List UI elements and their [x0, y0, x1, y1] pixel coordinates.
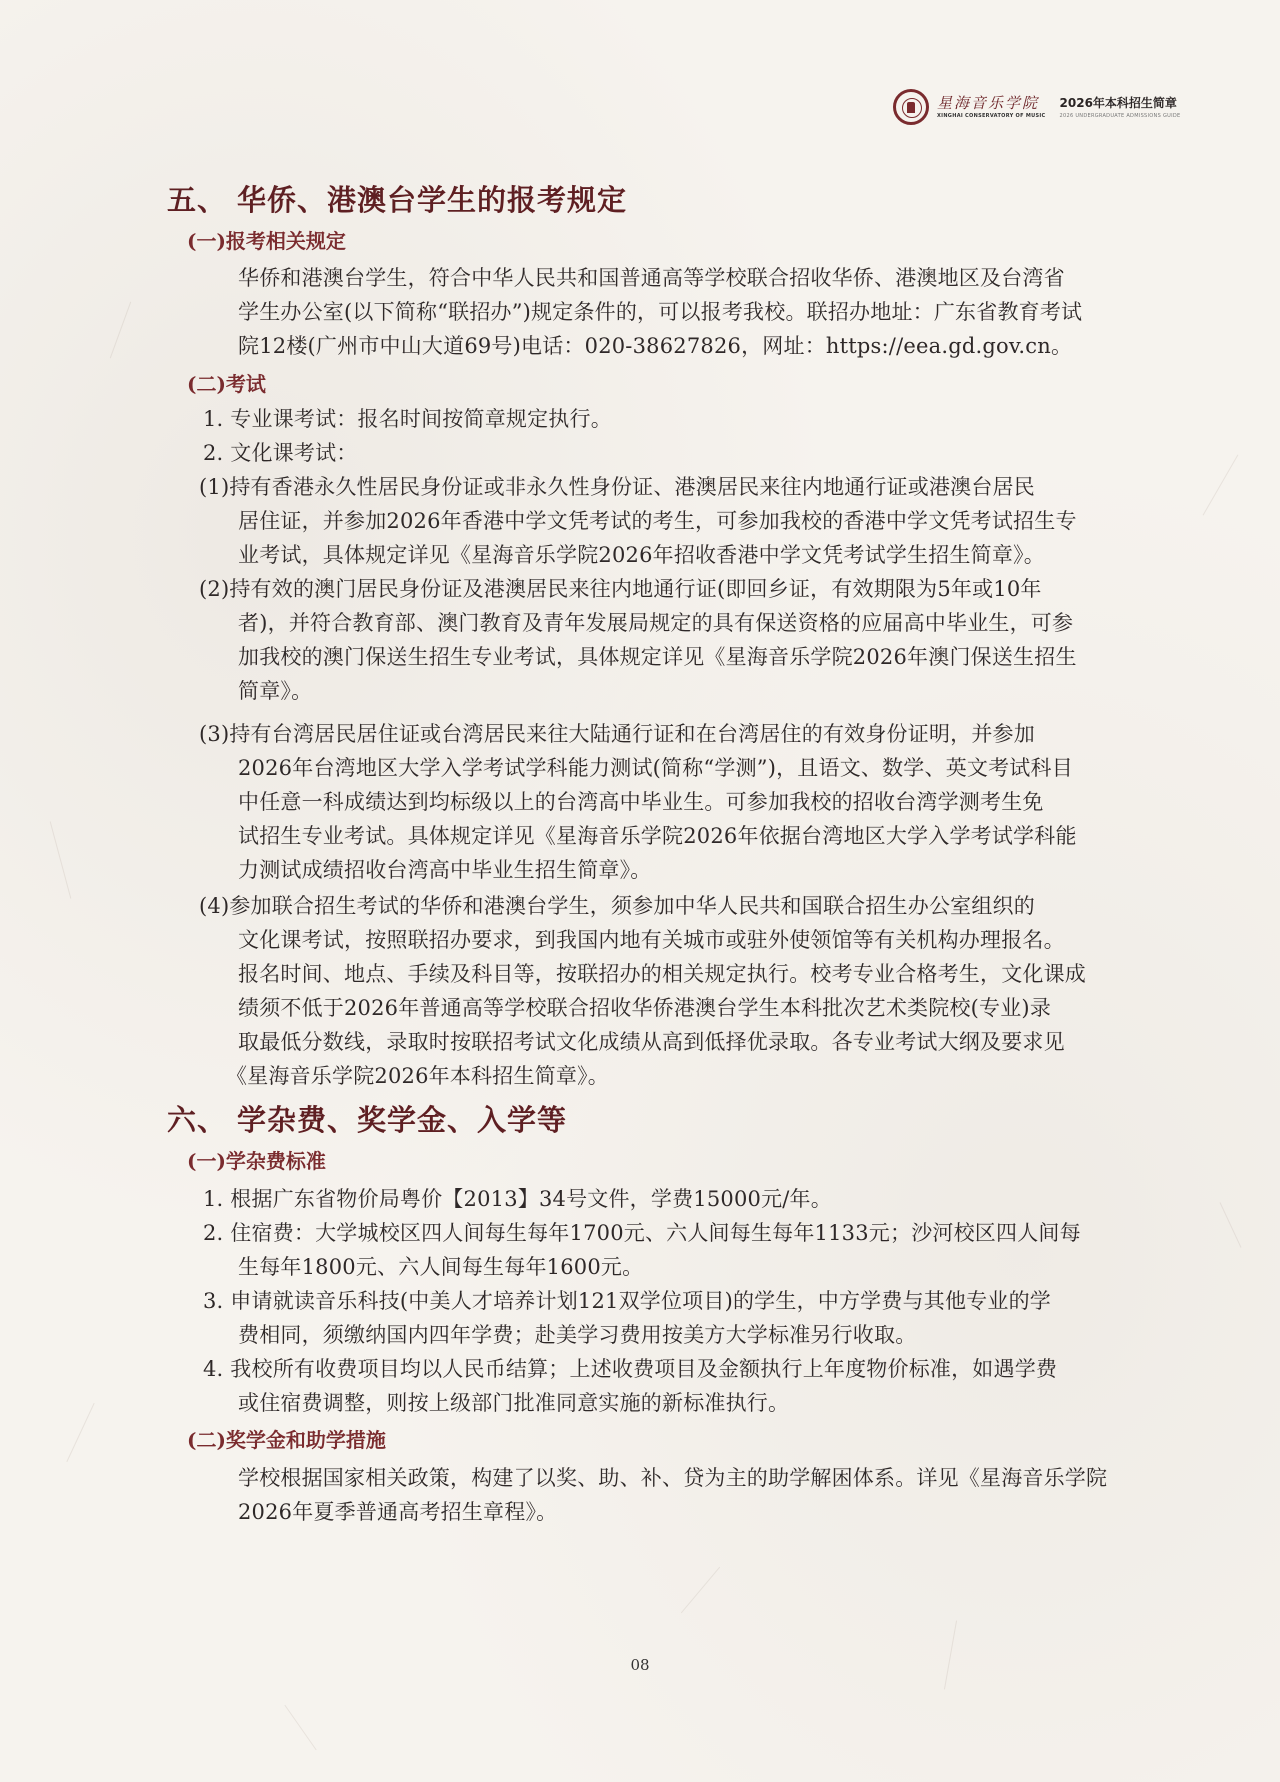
page-number: 08 — [0, 1656, 1280, 1674]
subsection-heading: (一)报考相关规定 — [187, 225, 346, 254]
list-item: 2. 住宿费：大学城校区四人间每生每年1700元、六人间每生每年1133元；沙河… — [203, 1217, 1081, 1247]
list-item: 3. 申请就读音乐科技(中美人才培养计划121双学位项目)的学生，中方学费与其他… — [203, 1285, 1051, 1315]
list-item-cont: 2026年台湾地区大学入学考试学科能力测试(简称“学测”)，且语文、数学、英文考… — [238, 752, 1073, 782]
list-item-cont: 力测试成绩招收台湾高中毕业生招生简章》。 — [238, 854, 652, 884]
paragraph-line: 学校根据国家相关政策，构建了以奖、助、补、贷为主的助学解困体系。详见《星海音乐学… — [238, 1462, 1107, 1492]
school-emblem-icon — [893, 89, 929, 125]
section-number: 六、 — [167, 1098, 237, 1139]
guide-title-cn: 2026年本科招生简章 — [1060, 94, 1181, 112]
list-item: (2)持有效的澳门居民身份证及港澳居民来往内地通行证(即回乡证，有效期限为5年或… — [199, 573, 1042, 603]
paragraph-line: 华侨和港澳台学生，符合中华人民共和国普通高等学校联合招收华侨、港澳地区及台湾省 — [238, 262, 1065, 292]
list-item: 2. 文化课考试： — [203, 437, 358, 467]
list-item-cont: 居住证，并参加2026年香港中学文凭考试的考生，可参加我校的香港中学文凭考试招生… — [238, 505, 1077, 535]
list-item-cont: 试招生专业考试。具体规定详见《星海音乐学院2026年依据台湾地区大学入学考试学科… — [238, 820, 1077, 850]
list-item-cont: 或住宿费调整，则按上级部门批准同意实施的新标准执行。 — [238, 1387, 789, 1417]
list-item-cont: 文化课考试，按照联招办要求，到我国内地有关城市或驻外使领馆等有关机构办理报名。 — [238, 924, 1065, 954]
section-number: 五、 — [167, 178, 237, 219]
list-item-cont: 业考试，具体规定详见《星海音乐学院2026年招收香港中学文凭考试学生招生简章》。 — [238, 539, 1045, 569]
subsection-heading: (一)学杂费标准 — [187, 1145, 326, 1174]
list-item-cont: 者)，并符合教育部、澳门教育及青年发展局规定的具有保送资格的应届高中毕业生，可参 — [238, 607, 1073, 637]
school-name-cn: 星海音乐学院 — [937, 94, 1046, 112]
list-item: (1)持有香港永久性居民身份证或非永久性身份证、港澳居民来往内地通行证或港澳台居… — [199, 471, 1035, 501]
subsection-heading: (二)考试 — [187, 368, 266, 397]
list-item-cont: 简章》。 — [238, 675, 312, 705]
school-name-en: XINGHAI CONSERVATORY OF MUSIC — [937, 112, 1046, 120]
list-item-cont: 绩须不低于2026年普通高等学校联合招收华侨港澳台学生本科批次艺术类院校(专业)… — [238, 992, 1051, 1022]
guide-title-en: 2026 UNDERGRADUATE ADMISSIONS GUIDE — [1060, 112, 1181, 120]
list-item: (4)参加联合招生考试的华侨和港澳台学生，须参加中华人民共和国联合招生办公室组织… — [199, 890, 1035, 920]
section-title: 华侨、港澳台学生的报考规定 — [237, 183, 627, 217]
list-item-cont: 报名时间、地点、手续及科目等，按联招办的相关规定执行。校考专业合格考生，文化课成 — [238, 958, 1086, 988]
school-logo: 星海音乐学院 XINGHAI CONSERVATORY OF MUSIC — [937, 94, 1046, 120]
paragraph-line: 2026年夏季普通高考招生章程》。 — [238, 1496, 557, 1526]
list-item-cont: 《星海音乐学院2026年本科招生简章》。 — [226, 1060, 609, 1090]
list-item: 1. 专业课考试：报名时间按简章规定执行。 — [203, 403, 612, 433]
list-item-cont: 中任意一科成绩达到均标级以上的台湾高中毕业生。可参加我校的招收台湾学测考生免 — [238, 786, 1044, 816]
guide-title: 2026年本科招生简章 2026 UNDERGRADUATE ADMISSION… — [1060, 94, 1181, 120]
list-item-cont: 生每年1800元、六人间每生每年1600元。 — [238, 1251, 643, 1281]
list-item-cont: 取最低分数线，录取时按联招考试文化成绩从高到低择优录取。各专业考试大纲及要求见 — [238, 1026, 1065, 1056]
page-header: 星海音乐学院 XINGHAI CONSERVATORY OF MUSIC 202… — [893, 86, 1185, 128]
list-item: 1. 根据广东省物价局粤价【2013】34号文件，学费15000元/年。 — [203, 1183, 832, 1213]
list-item-cont: 费相同，须缴纳国内四年学费；赴美学习费用按美方大学标准另行收取。 — [238, 1319, 916, 1349]
subsection-heading: (二)奖学金和助学措施 — [187, 1424, 386, 1453]
list-item-cont: 加我校的澳门保送生招生专业考试，具体规定详见《星海音乐学院2026年澳门保送生招… — [238, 641, 1077, 671]
section-heading-5: 五、华侨、港澳台学生的报考规定 — [167, 178, 627, 219]
section-title: 学杂费、奖学金、入学等 — [237, 1103, 567, 1137]
paragraph-line: 院12楼(广州市中山大道69号)电话：020-38627826，网址：https… — [238, 330, 1072, 360]
list-item: (3)持有台湾居民居住证或台湾居民来往大陆通行证和在台湾居住的有效身份证明，并参… — [199, 718, 1035, 748]
section-heading-6: 六、学杂费、奖学金、入学等 — [167, 1098, 567, 1139]
list-item: 4. 我校所有收费项目均以人民币结算；上述收费项目及金额执行上年度物价标准，如遇… — [203, 1353, 1057, 1383]
paragraph-line: 学生办公室(以下简称“联招办”)规定条件的，可以报考我校。联招办地址：广东省教育… — [238, 296, 1082, 326]
